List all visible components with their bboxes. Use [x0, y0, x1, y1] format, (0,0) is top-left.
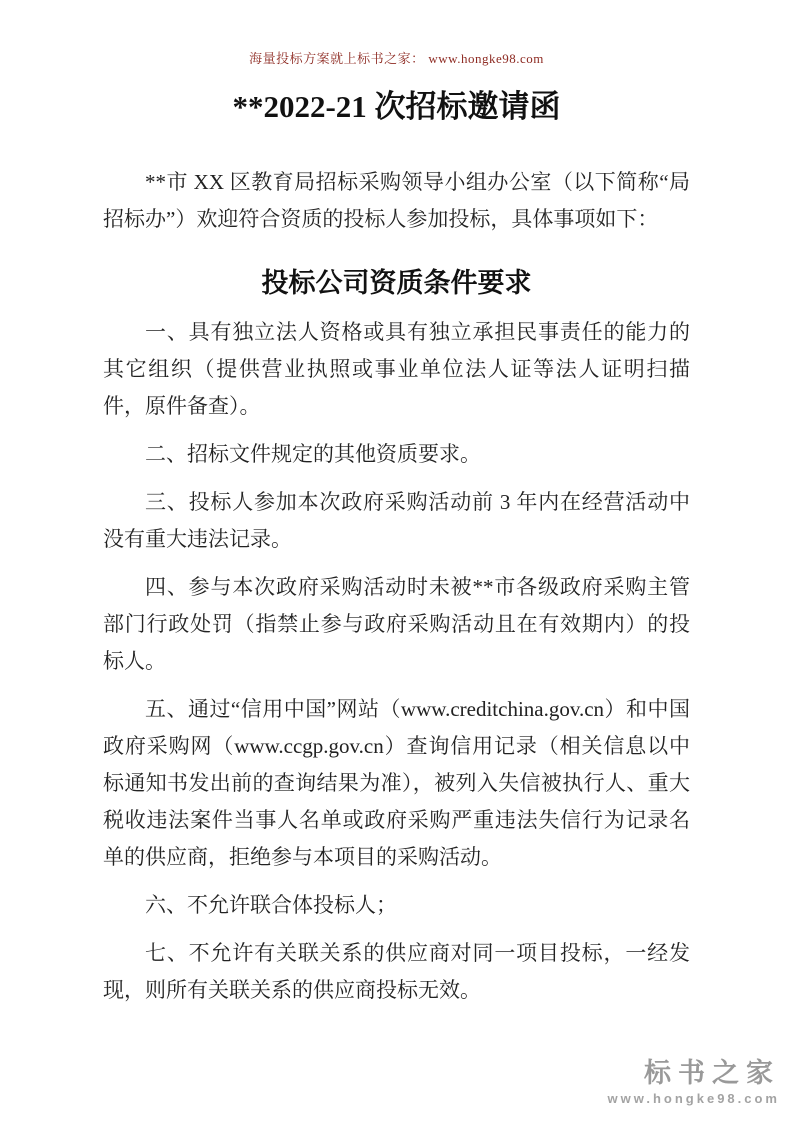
- document-page: 海量投标方案就上标书之家： www.hongke98.com **2022-21…: [0, 0, 793, 1122]
- requirement-item-2: 二、招标文件规定的其他资质要求。: [103, 436, 690, 473]
- intro-paragraph: **市 XX 区教育局招标采购领导小组办公室（以下简称“局招标办”）欢迎符合资质…: [103, 164, 690, 238]
- requirement-item-4: 四、参与本次政府采购活动时未被**市各级政府采购主管部门行政处罚（指禁止参与政府…: [103, 569, 690, 680]
- doc-body: **市 XX 区教育局招标采购领导小组办公室（以下简称“局招标办”）欢迎符合资质…: [103, 164, 690, 1009]
- requirement-item-7: 七、不允许有关联关系的供应商对同一项目投标，一经发现，则所有关联关系的供应商投标…: [103, 935, 690, 1009]
- watermark-url: www.hongke98.com: [608, 1091, 781, 1106]
- requirement-item-1: 一、具有独立法人资格或具有独立承担民事责任的能力的其它组织（提供营业执照或事业单…: [103, 314, 690, 425]
- section-heading: 投标公司资质条件要求: [103, 264, 690, 302]
- header-promo-line: 海量投标方案就上标书之家： www.hongke98.com: [0, 48, 793, 67]
- requirement-item-5: 五、通过“信用中国”网站（www.creditchina.gov.cn）和中国政…: [103, 691, 690, 876]
- watermark-brand: 标书之家: [608, 1059, 781, 1089]
- watermark: 标书之家 www.hongke98.com: [608, 1059, 781, 1106]
- requirement-item-3: 三、投标人参加本次政府采购活动前 3 年内在经营活动中没有重大违法记录。: [103, 484, 690, 558]
- requirement-item-6: 六、不允许联合体投标人；: [103, 887, 690, 924]
